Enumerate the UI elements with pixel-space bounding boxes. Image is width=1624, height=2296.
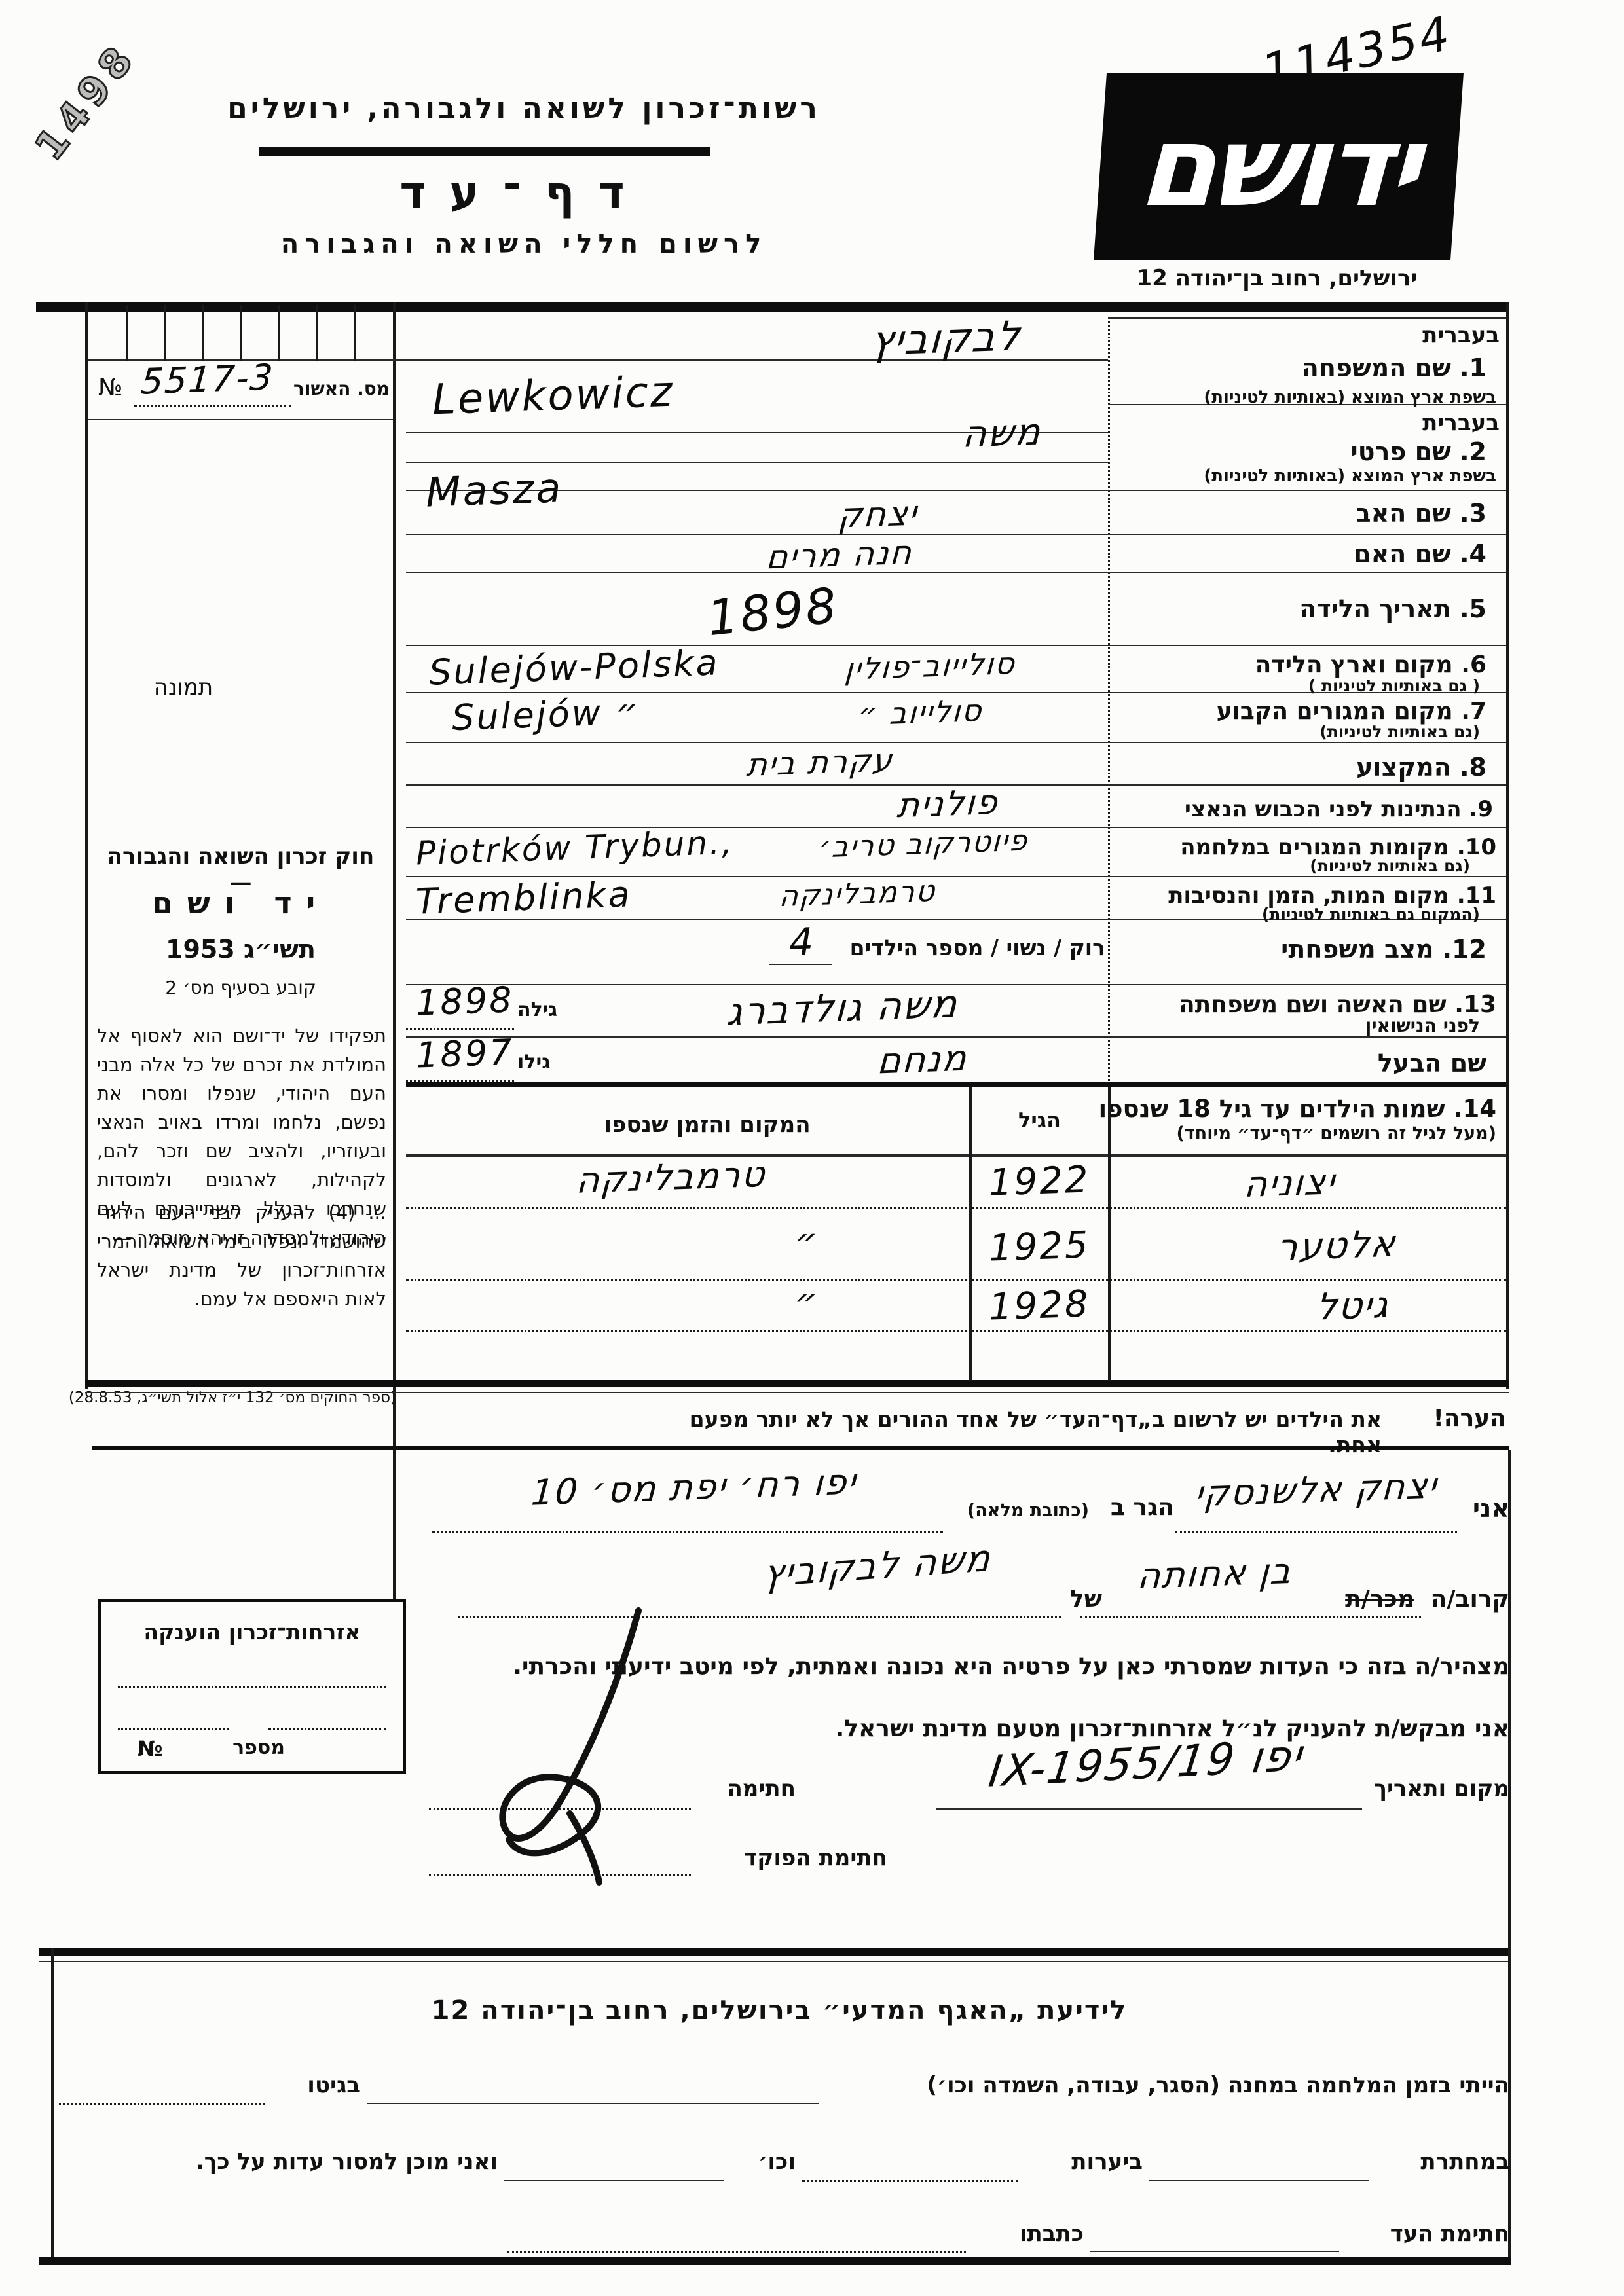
underground-answer-line [1149, 2180, 1369, 2181]
forests-label: ביערות [1025, 2149, 1143, 2175]
law-body-paragraph-2: ... (4) להעניק לבני העם היהודי שהושמדו ו… [97, 1198, 386, 1313]
citizenship-box-line [118, 1686, 386, 1688]
birth-date-value: 1898 [705, 577, 841, 647]
memorial-citizenship-box: אזרחות־זכרון הוענקה מספר № [98, 1599, 406, 1774]
table-divider-age-right [1108, 1087, 1111, 1381]
field-1-sublabel: בשפת ארץ המוצא (באותיות לטיניות) [1113, 388, 1496, 407]
header-rule [259, 147, 710, 156]
family-name-latin-value: Lewkowicz [432, 368, 675, 425]
writing-line [406, 462, 1108, 463]
form-bottom-rule [85, 1380, 1509, 1387]
camp-answer-line [367, 2103, 819, 2104]
table-row-separator [406, 1279, 1506, 1281]
field-13-sublabel: לפני הנישואין [1113, 1015, 1480, 1036]
birth-place-hebrew-value: סולייוב־פולין [843, 642, 1105, 687]
testimony-page-scan: 1498 114354 רשות־זכרון לשואה ולגבורה, יר… [0, 0, 1624, 2296]
approval-number-symbol: № [98, 374, 122, 401]
witness-signature-line [1090, 2251, 1339, 2252]
relation-value: בן אחותה [1105, 1549, 1324, 1598]
wife-age-line [406, 1028, 514, 1030]
table-row-separator [406, 1330, 1506, 1332]
index-grid-line [354, 305, 356, 361]
child-row-year: 1922 [988, 1158, 1091, 1204]
wife-age-value: 1898 [415, 979, 515, 1023]
photo-placeholder-label: תמונה [118, 674, 249, 701]
death-place-latin-value: Tremblinka [415, 873, 633, 922]
field-2-language: בעברית [1113, 410, 1500, 436]
declarant-i-label: אני [1457, 1494, 1509, 1523]
children-count-line [769, 964, 832, 965]
child-row-name: יצוניה [1243, 1156, 1475, 1205]
law-heading-4: קובע בסעיף מס׳ 2 [95, 977, 386, 998]
children-count-value: 4 [788, 919, 816, 964]
field-13-label: 13. שם האשה ושם משפחתה [1113, 991, 1496, 1018]
marital-status-printed: רוק / נשוי / מספר הילדים [832, 935, 1105, 960]
row-separator [406, 645, 1506, 646]
table-header-age: הגיל [976, 1108, 1103, 1133]
citizenship-box-line-2a [118, 1728, 229, 1730]
etc-label: וכו׳ [730, 2149, 796, 2175]
field-11-sublabel: (המקום גם באותיות לטיניות) [1113, 905, 1480, 924]
field-7-label: 7. מקום המגורים הקבוע [1113, 698, 1486, 725]
field-6-sublabel: ( גם באותיות לטיניות ) [1113, 676, 1480, 695]
frame-right-border [1506, 302, 1509, 1389]
index-grid-line [202, 305, 204, 361]
first-name-latin-value: Masza [425, 464, 564, 516]
field-7-sublabel: (גם באותיות לטיניות) [1113, 722, 1480, 741]
acquaintance-label-struck: מכר/ת [1333, 1586, 1414, 1613]
field-10-sublabel: (גם באותיות לטיניות) [1113, 856, 1470, 875]
underground-label: במחתרת [1375, 2149, 1509, 2175]
child-row-year: 1928 [988, 1283, 1091, 1328]
husband-age-label: גילו [517, 1051, 551, 1074]
declarant-name-line [1175, 1531, 1457, 1533]
relation-line [1080, 1616, 1421, 1618]
corner-stamp-number: 1498 [26, 34, 146, 169]
approval-number-label: מס. האשור [291, 378, 390, 399]
ghetto-label: בגיטו [272, 2072, 360, 2098]
signature-label: חתימה [704, 1776, 796, 1802]
remark-label: הערה! [1395, 1405, 1506, 1432]
row-separator [406, 490, 1506, 491]
table-row-separator [406, 1207, 1506, 1209]
field-4-label: 4. שם האם [1113, 539, 1486, 568]
bottom-section-top-rule [39, 1948, 1511, 1956]
witness-signature-label: חתימת העד [1346, 2221, 1509, 2247]
declarant-address-value: יפו רח׳ יפת מס׳ 10 [444, 1458, 944, 1517]
husband-name-value: מנחם [876, 1033, 1082, 1082]
field-9-label: 9. הנתינות לפני הכבוש הנאצי [1113, 796, 1493, 822]
wife-name-value: משה גולדברג [726, 977, 1085, 1034]
label-column-divider [1108, 317, 1110, 1085]
field-14-label: 14. שמות הילדים עד גיל 18 שנספו [864, 1095, 1496, 1123]
residence-hebrew-value: סולייוב ״ [857, 688, 1105, 732]
table-header-bottom [406, 1154, 1506, 1157]
child-row-place: ״ [739, 1281, 820, 1324]
row-separator [406, 572, 1506, 573]
signature-scrawl [435, 1604, 697, 1886]
child-row-place: ״ [739, 1220, 820, 1264]
law-heading-3: תשי״ג 1953 [95, 935, 386, 964]
wife-age-label: גילה [517, 998, 557, 1021]
table-header-place: המקום והזמן שנספו [458, 1112, 956, 1138]
index-grid-line [278, 305, 280, 361]
place-date-line [936, 1808, 1362, 1810]
official-signature-line [429, 1874, 691, 1876]
bottom-section-top-rule-2 [39, 1961, 1511, 1962]
camp-question-text: הייתי בזמן המלחמה במחנה (הסגר, עבודה, הש… [828, 2072, 1509, 2098]
page-bottom-rule [39, 2257, 1511, 2265]
ghetto-answer-line [59, 2103, 265, 2105]
remark-bottom-rule [92, 1446, 1509, 1450]
index-grid-line [316, 305, 318, 361]
declarant-address-line [432, 1531, 943, 1533]
residing-label: הגר ב [1092, 1494, 1174, 1521]
field-5-label: 5. תאריך הלידה [1113, 594, 1486, 623]
child-row-name: גיטל [1315, 1280, 1488, 1328]
field-3-label: 3. שם האב [1113, 499, 1486, 528]
law-heading-2: יד ושם [95, 885, 386, 920]
field-8-label: 8. המקצוע [1113, 753, 1486, 782]
citizenship-box-title: אזרחות־זכרון הוענקה [108, 1619, 396, 1645]
husband-name-label: שם הבעל [1113, 1049, 1486, 1078]
frame-left-border [85, 302, 88, 1389]
field-12-label: 12. מצב משפחתי [1113, 935, 1486, 964]
address-paren-label: (כתובת מלאה) [948, 1501, 1089, 1521]
yad-vashem-logo: ידושם [1094, 73, 1464, 260]
first-name-hebrew-value: משה [961, 409, 1101, 456]
logo-address: ירושלים, רחוב בן־יהודה 12 [1048, 265, 1506, 291]
etc-answer-line [504, 2180, 724, 2181]
signature [435, 1604, 697, 1886]
citizenship-value: פולנית [896, 780, 1095, 826]
family-name-hebrew-value: לבקוביץ [870, 309, 1102, 365]
field-2-label: 2. שם פרטי [1113, 437, 1486, 466]
husband-age-line [406, 1080, 514, 1082]
approval-row-bottom [88, 419, 393, 420]
field-1-language: בעברית [1113, 322, 1500, 348]
row-separator-thick [406, 1082, 1506, 1087]
citizenship-box-number-label: מספר [206, 1736, 285, 1759]
field-1-label: 1. שם המשפחה [1113, 354, 1486, 382]
official-signature-label: חתימת הפוקד [704, 1845, 887, 1871]
index-grid-line [240, 305, 242, 361]
war-residence-latin-value: Piotrków Trybun., [415, 824, 735, 873]
husband-age-value: 1897 [415, 1031, 515, 1076]
index-grid-line [164, 305, 166, 361]
ready-to-testify-text: ואני מוכן למסור עדות על כך. [56, 2149, 498, 2175]
witness-address-line [507, 2251, 966, 2253]
of-relative-name-value: משה לבקוביץ [706, 1533, 1048, 1600]
bottom-section-title: לידיעת „האגף המדעי״ בירושלים, רחוב בן־יה… [419, 1995, 1139, 2026]
citizenship-box-line-2b [268, 1728, 386, 1730]
bottom-right-border [1508, 1450, 1511, 2265]
form-bottom-rule-2 [85, 1392, 1509, 1393]
of-label: של [1060, 1586, 1102, 1613]
index-grid-line [126, 305, 128, 361]
witness-address-label: כתבתו [976, 2221, 1084, 2247]
declarant-name-value: יצחק אלשנסקי [1177, 1465, 1455, 1516]
form-title: דף־עד [151, 167, 897, 219]
profession-value: עקרת בית [745, 738, 1010, 784]
forests-answer-line [802, 2180, 1018, 2182]
bottom-left-border [51, 1948, 54, 2265]
citizenship-box-number-symbol: № [138, 1736, 163, 1761]
request-statement: אני מבקש/ת להעניק לנ״ל אזרחות־זכרון מטעם… [720, 1715, 1509, 1742]
child-row-name: אלטער [1276, 1219, 1494, 1269]
top-rule [36, 302, 1509, 312]
form-subtitle: לרשום חללי השואה והגבורה [151, 229, 897, 259]
authority-name: רשות־זכרון לשואה ולגבורה, ירושלים [151, 92, 897, 125]
residence-latin-value: Sulejów ״ [451, 691, 641, 738]
yad-vashem-logo-text: ידושם [1135, 102, 1422, 232]
child-row-year: 1925 [988, 1224, 1091, 1269]
field-2-sublabel: בשפת ארץ המוצא (באותיות לטיניות) [1113, 466, 1496, 486]
birth-place-latin-value: Sulejów-Polska [428, 642, 720, 693]
approval-number-value: 5517-3 [139, 356, 276, 402]
field-6-label: 6. מקום וארץ הלידה [1113, 651, 1486, 678]
table-divider-age-left [969, 1087, 972, 1381]
approval-number-line [134, 405, 291, 407]
place-date-label: מקום ותאריך [1356, 1776, 1509, 1802]
relative-label: קרוב/ה [1421, 1586, 1509, 1613]
row-separator [1108, 317, 1506, 319]
